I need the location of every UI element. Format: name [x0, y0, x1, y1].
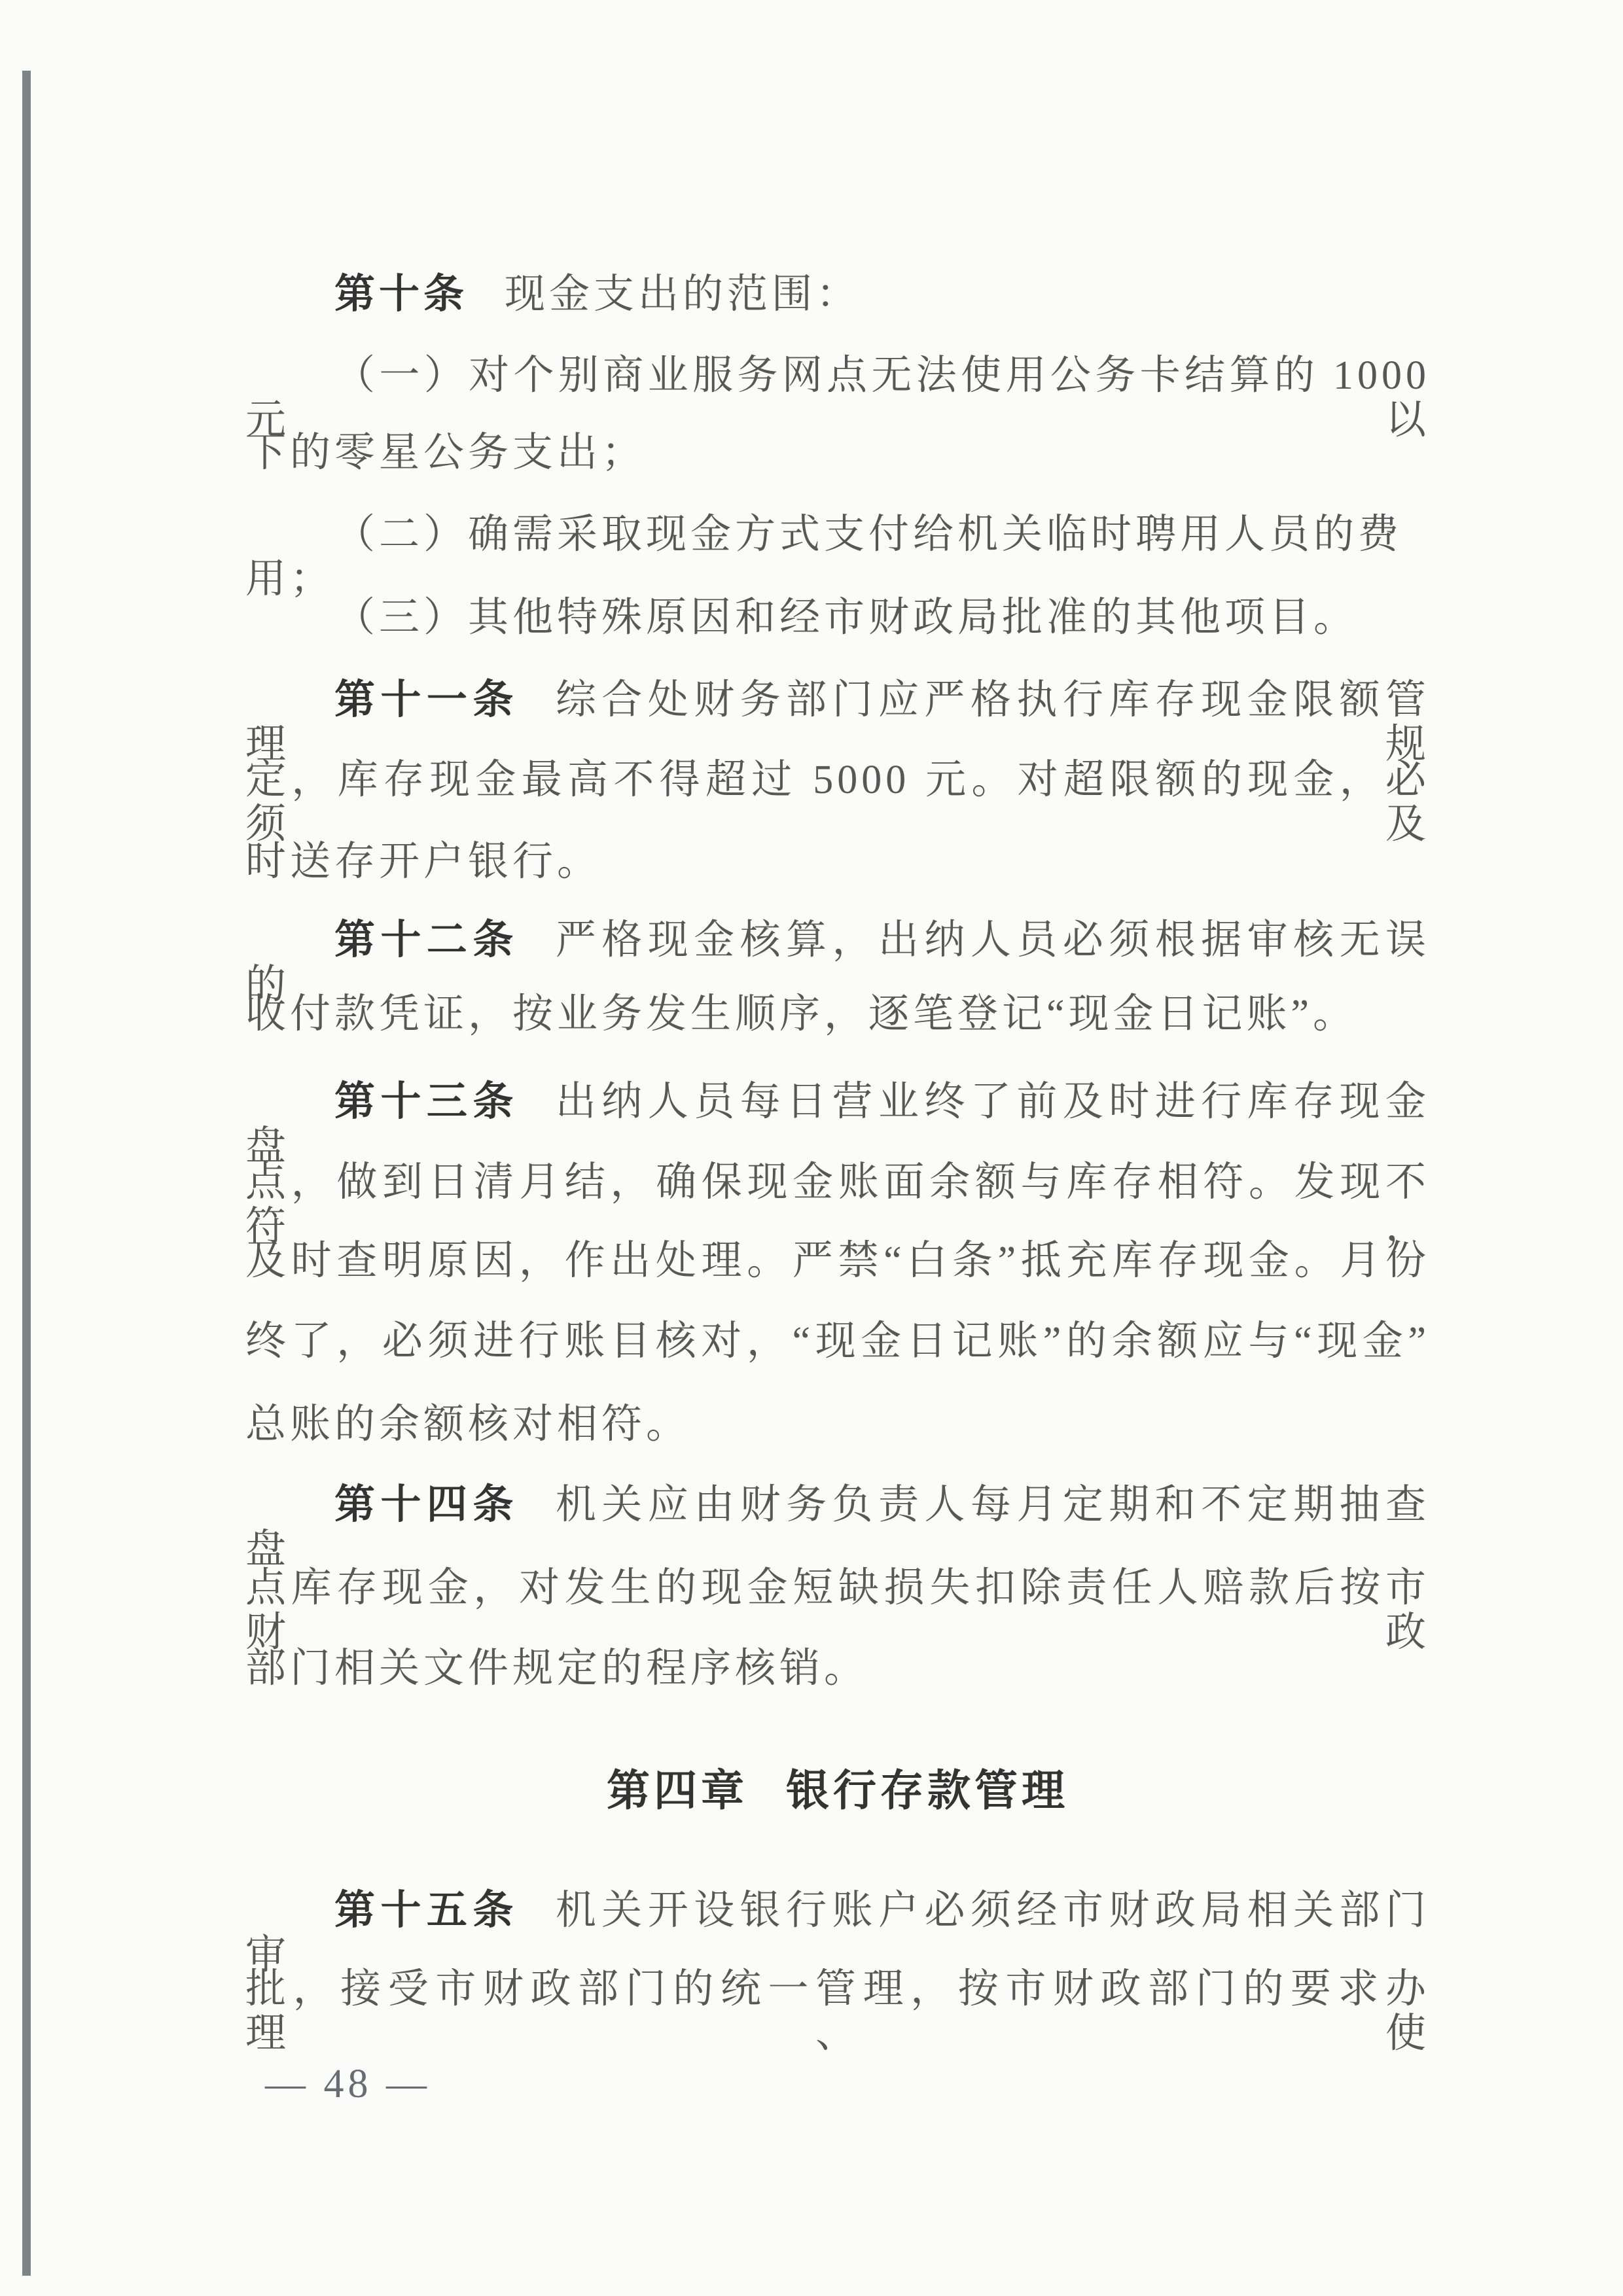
document-page: 第十条现金支出的范围：（一）对个别商业服务网点无法使用公务卡结算的 1000 元… [0, 0, 1623, 2296]
text-line: 终了，必须进行账目核对，“现金日记账”的余额应与“现金” [245, 1319, 1430, 1364]
text-line: 及时查明原因，作出处理。严禁“白条”抵充库存现金。月份 [245, 1239, 1430, 1283]
article-number: 第十四条 [334, 1482, 519, 1527]
text-line: 时送存开户银行。 [245, 839, 1430, 884]
page-number-text: — 48 — [265, 2062, 431, 2106]
text-line: 定，库存现金最高不得超过 5000 元。对超限额的现金，必须及 [245, 758, 1430, 847]
left-margin-line [22, 71, 31, 2276]
chapter-number: 第四章 [607, 1766, 748, 1814]
text-line: 批，接受市财政部门的统一管理，按市财政部门的要求办理、使 [245, 1967, 1430, 2056]
article-number: 第十二条 [334, 917, 519, 963]
chapter-heading: 第四章银行存款管理 [245, 1767, 1430, 1814]
text-line: 收付款凭证，按业务发生顺序，逐笔登记“现金日记账”。 [245, 992, 1430, 1036]
article-line: 第十三条出纳人员每日营业终了前及时进行库存现金盘 [245, 1080, 1430, 1169]
chapter-title: 银行存款管理 [786, 1766, 1069, 1814]
article-line: 第十四条机关应由财务负责人每月定期和不定期抽查盘 [245, 1483, 1430, 1572]
article-number: 第十三条 [334, 1079, 519, 1124]
text-line: 总账的余额核对相符。 [245, 1402, 1430, 1447]
article-line: 第十条现金支出的范围： [245, 272, 1430, 317]
article-number: 第十条 [334, 272, 468, 317]
text-line: （二）确需采取现金方式支付给机关临时聘用人员的费用； [245, 512, 1430, 601]
article-line: 第十五条机关开设银行账户必须经市财政局相关部门审 [245, 1888, 1430, 1977]
text-line: 下的零星公务支出； [245, 431, 1430, 475]
text-line: （一）对个别商业服务网点无法使用公务卡结算的 1000 元以 [245, 353, 1430, 442]
text-line: 点，做到日清月结，确保现金账面余额与库存相符。发现不符， [245, 1160, 1430, 1249]
text-line: 部门相关文件规定的程序核销。 [245, 1646, 1430, 1691]
article-number: 第十一条 [334, 677, 519, 722]
text-line: （三）其他特殊原因和经市财政局批准的其他项目。 [245, 595, 1430, 640]
article-number: 第十五条 [334, 1888, 519, 1933]
article-line: 第十一条综合处财务部门应严格执行库存现金限额管理规 [245, 678, 1430, 767]
text-line: 点库存现金，对发生的现金短缺损失扣除责任人赔款后按市财政 [245, 1566, 1430, 1655]
page-number: — 48 — [265, 2061, 431, 2107]
